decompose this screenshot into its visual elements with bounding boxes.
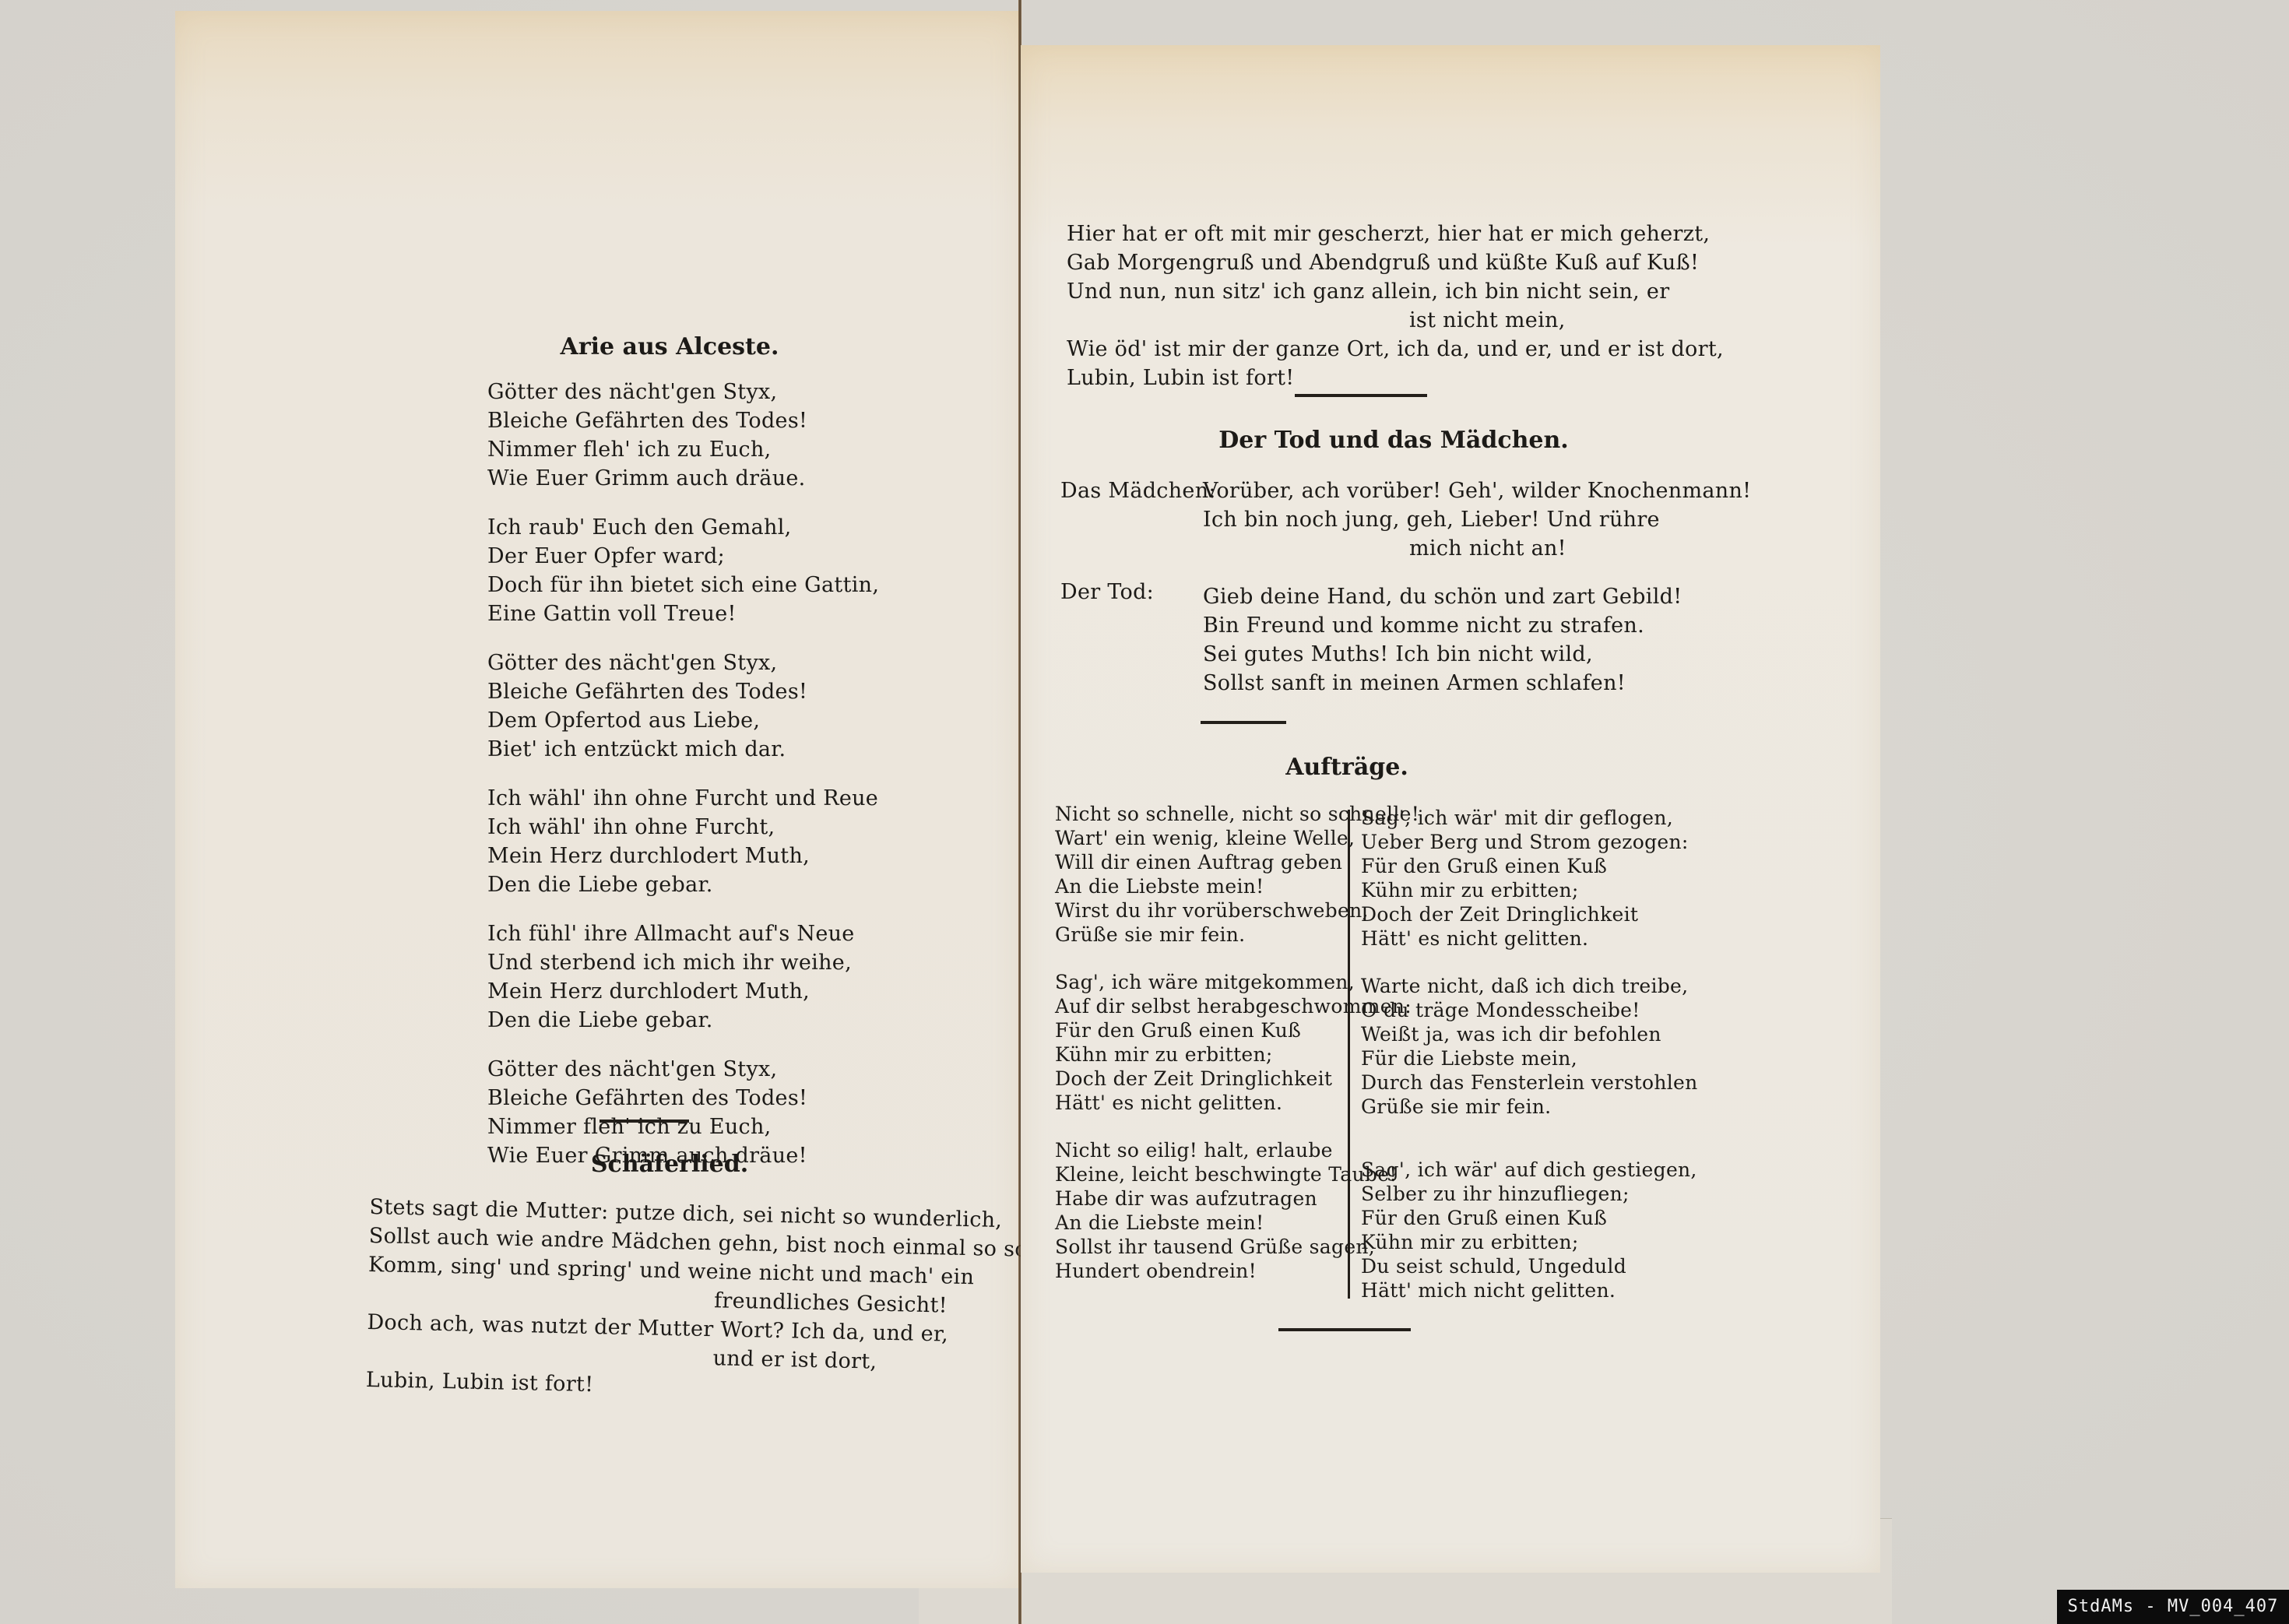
verse-line: Lubin, Lubin ist fort! xyxy=(1067,364,1724,392)
verse-line: Hätt' mich nicht gelitten. xyxy=(1361,1278,1698,1302)
auftraege-stanza: Sag', ich wär' mit dir geflogen, Ueber B… xyxy=(1361,806,1698,951)
arie-stanza-2: Ich raub' Euch den Gemahl, Der Euer Opfe… xyxy=(487,513,879,628)
verse-line: Wie öd' ist mir der ganze Ort, ich da, u… xyxy=(1067,335,1724,364)
verse-line: Kühn mir zu erbitten; xyxy=(1361,1230,1698,1254)
verse-line: Nimmer fleh' ich zu Euch, xyxy=(487,1113,879,1141)
section-divider xyxy=(1278,1328,1411,1331)
arie-stanza-4: Ich wähl' ihn ohne Furcht und Reue Ich w… xyxy=(487,784,879,899)
bleed-through-title xyxy=(385,276,407,375)
maedchen-lines: Vorüber, ach vorüber! Geh', wilder Knoch… xyxy=(1203,476,1751,563)
verse-line: Bleiche Gefährten des Todes! xyxy=(487,677,879,706)
verse-line: Götter des nächt'gen Styx, xyxy=(487,378,879,406)
verse-line: Sag', ich wär' mit dir geflogen, xyxy=(1361,806,1698,830)
verse-line: Sei gutes Muths! Ich bin nicht wild, xyxy=(1203,640,1682,669)
verse-line: Der Euer Opfer ward; xyxy=(487,542,879,571)
schaeferlied-title: Schäferlied. xyxy=(514,1151,825,1178)
verse-line: Wie Euer Grimm auch dräue. xyxy=(487,464,879,493)
verse-line: Ich fühl' ihre Allmacht auf's Neue xyxy=(487,919,879,948)
verse-line: Mein Herz durchlodert Muth, xyxy=(487,977,879,1006)
verse-line: Und sterbend ich mich ihr weihe, xyxy=(487,948,879,977)
section-divider xyxy=(1201,721,1286,724)
bleed-through-header xyxy=(389,214,397,248)
verse-line: Warte nicht, daß ich dich treibe, xyxy=(1361,974,1698,998)
verse-line: Für den Gruß einen Kuß xyxy=(1361,1206,1698,1230)
verse-line: Für den Gruß einen Kuß xyxy=(1361,854,1698,878)
verse-line: Hier hat er oft mit mir gescherzt, hier … xyxy=(1067,220,1724,248)
verse-line: Ich wähl' ihn ohne Furcht, xyxy=(487,813,879,842)
auftraege-stanza: Sag', ich wär' auf dich gestiegen, Selbe… xyxy=(1361,1142,1698,1302)
verse-line: Sag', ich wär' auf dich gestiegen, xyxy=(1361,1158,1698,1182)
verse-line: Dem Opfertod aus Liebe, xyxy=(487,706,879,735)
archive-label: StdAMs - MV_004_407 xyxy=(2057,1590,2289,1624)
verse-line: Weißt ja, was ich dir befohlen xyxy=(1361,1022,1698,1046)
arie-stanza-1: Götter des nächt'gen Styx, Bleiche Gefäh… xyxy=(487,378,879,493)
verse-line: Doch der Zeit Dringlichkeit xyxy=(1361,902,1698,926)
verse-line: Eine Gattin voll Treue! xyxy=(487,599,879,628)
verse-line: mich nicht an! xyxy=(1203,534,1751,563)
verse-line: Götter des nächt'gen Styx, xyxy=(487,1055,879,1084)
schaeferlied-text: Stets sagt die Mutter: putze dich, sei n… xyxy=(366,1193,1077,1409)
verse-line: Ich bin noch jung, geh, Lieber! Und rühr… xyxy=(1203,505,1751,534)
verse-line: Für die Liebste mein, xyxy=(1361,1046,1698,1070)
auftraege-right-column: Sag', ich wär' mit dir geflogen, Ueber B… xyxy=(1361,806,1698,1323)
verse-line: Ueber Berg und Strom gezogen: xyxy=(1361,830,1698,854)
verse-line: Vorüber, ach vorüber! Geh', wilder Knoch… xyxy=(1203,476,1751,505)
section-divider xyxy=(1295,394,1427,397)
auftraege-title: Aufträge. xyxy=(1183,754,1510,781)
verse-line: Durch das Fensterlein verstohlen xyxy=(1361,1070,1698,1095)
verse-line: Mein Herz durchlodert Muth, xyxy=(487,842,879,870)
tod-maedchen-title: Der Tod und das Mädchen. xyxy=(1152,427,1635,454)
continuation-text: Hier hat er oft mit mir gescherzt, hier … xyxy=(1067,220,1724,392)
speaker-tod: Der Tod: xyxy=(1060,578,1154,606)
verse-line: Grüße sie mir fein. xyxy=(1361,1095,1698,1119)
arie-stanza-5: Ich fühl' ihre Allmacht auf's Neue Und s… xyxy=(487,919,879,1035)
auftraege-stanza: Warte nicht, daß ich dich treibe, O du t… xyxy=(1361,974,1698,1119)
verse-line: Ich raub' Euch den Gemahl, xyxy=(487,513,879,542)
verse-line: Gieb deine Hand, du schön und zart Gebil… xyxy=(1203,582,1682,611)
verse-line: O du träge Mondesscheibe! xyxy=(1361,998,1698,1022)
verse-line: Den die Liebe gebar. xyxy=(487,1006,879,1035)
verse-line: Du seist schuld, Ungeduld xyxy=(1361,1254,1698,1278)
verse-line: Nimmer fleh' ich zu Euch, xyxy=(487,435,879,464)
verse-line: Hätt' es nicht gelitten. xyxy=(1361,926,1698,951)
arie-text: Götter des nächt'gen Styx, Bleiche Gefäh… xyxy=(487,378,879,1190)
verse-line: ist nicht mein, xyxy=(1067,306,1724,335)
verse-line: Ich wähl' ihn ohne Furcht und Reue xyxy=(487,784,879,813)
verse-line: Götter des nächt'gen Styx, xyxy=(487,649,879,677)
section-divider xyxy=(599,1120,689,1123)
verse-line: Bleiche Gefährten des Todes! xyxy=(487,1084,879,1113)
verse-line: Bleiche Gefährten des Todes! xyxy=(487,406,879,435)
tod-lines: Gieb deine Hand, du schön und zart Gebil… xyxy=(1203,582,1682,698)
verse-line: Kühn mir zu erbitten; xyxy=(1361,878,1698,902)
verse-line: Sollst sanft in meinen Armen schlafen! xyxy=(1203,669,1682,698)
speaker-maedchen: Das Mädchen: xyxy=(1060,476,1216,505)
arie-title: Arie aus Alceste. xyxy=(514,333,825,360)
verse-line: Doch für ihn bietet sich eine Gattin, xyxy=(487,571,879,599)
verse-line: Den die Liebe gebar. xyxy=(487,870,879,899)
verse-line: Selber zu ihr hinzufliegen; xyxy=(1361,1182,1698,1206)
verse-line: Und nun, nun sitz' ich ganz allein, ich … xyxy=(1067,277,1724,306)
verse-line: Biet' ich entzückt mich dar. xyxy=(487,735,879,764)
arie-stanza-3: Götter des nächt'gen Styx, Bleiche Gefäh… xyxy=(487,649,879,764)
verse-line: Bin Freund und komme nicht zu strafen. xyxy=(1203,611,1682,640)
verse-line: Gab Morgengruß und Abendgruß und küßte K… xyxy=(1067,248,1724,277)
